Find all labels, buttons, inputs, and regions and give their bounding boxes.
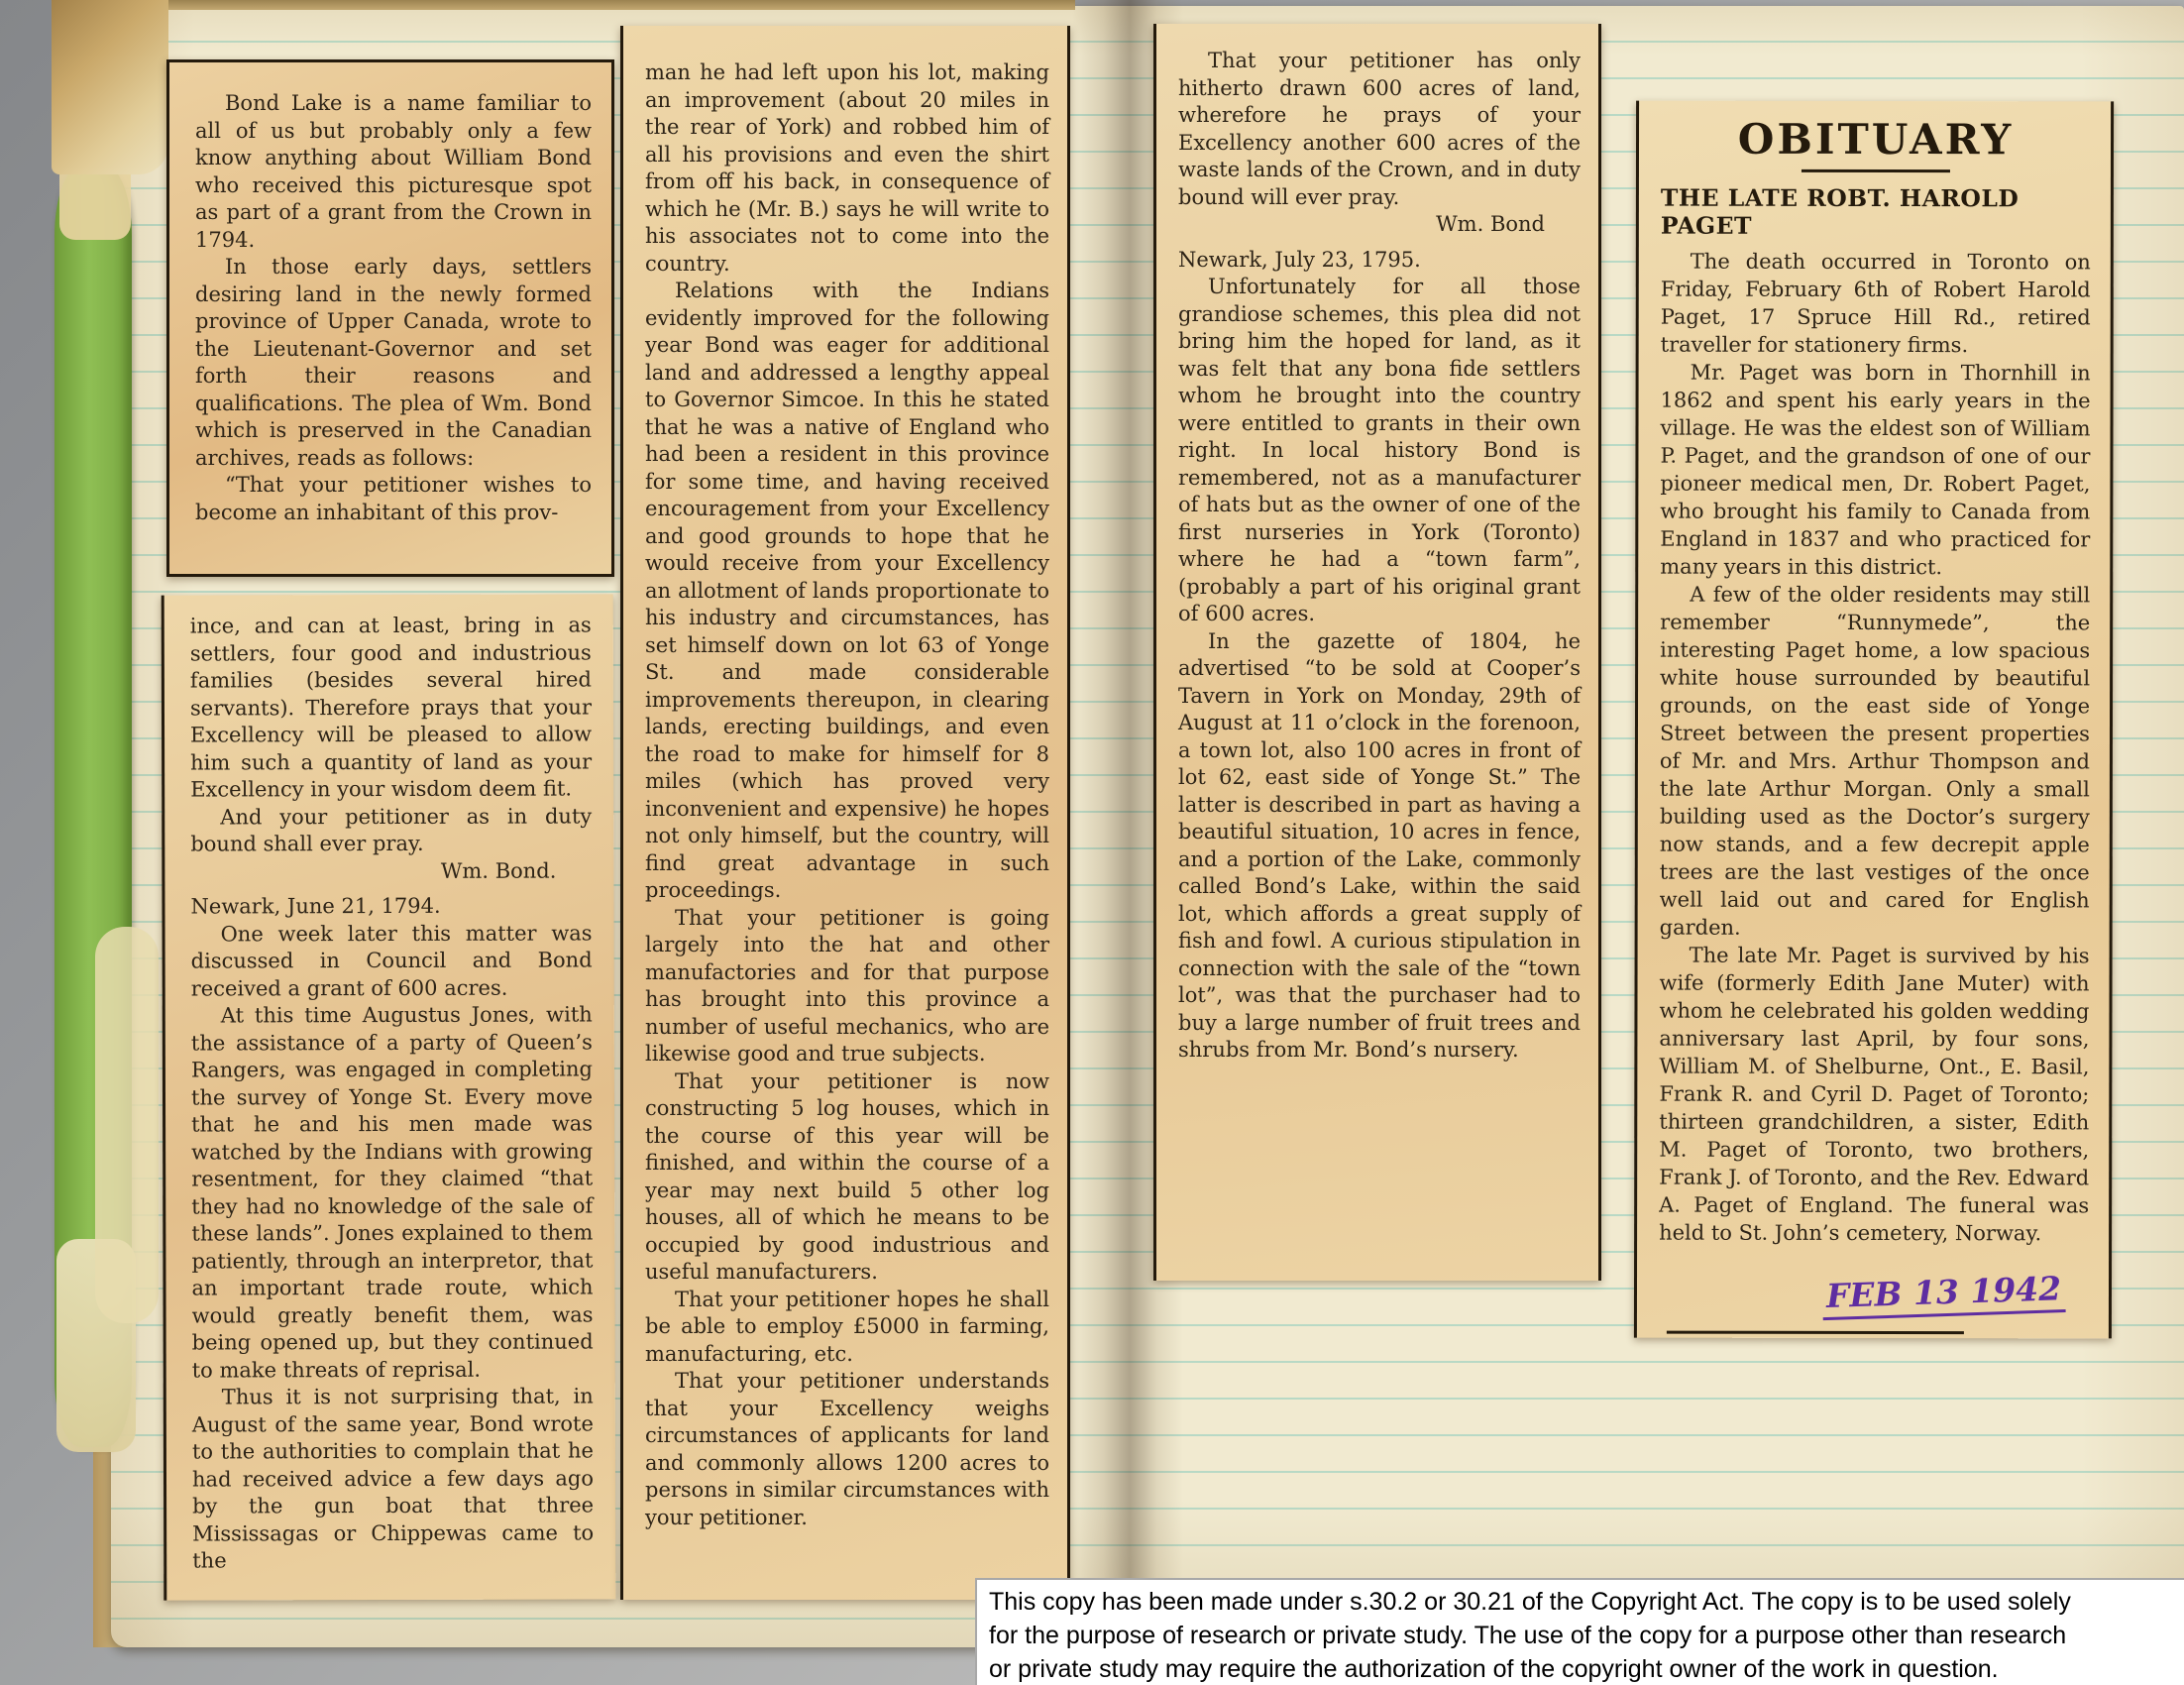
article-paragraph: At this time Augustus Jones, with the as… xyxy=(191,1001,594,1384)
obituary-paragraph: A few of the older residents may still r… xyxy=(1660,581,2091,943)
article-paragraph: Unfortunately for all those grandiose sc… xyxy=(1178,274,1581,628)
article-paragraph: Wm. Bond. xyxy=(190,857,592,886)
article-paragraph: Relations with the Indians evidently imp… xyxy=(645,278,1049,905)
article-paragraph: Wm. Bond xyxy=(1178,211,1581,239)
obituary-headline: THE LATE ROBT. HAROLD PAGET xyxy=(1661,184,2091,241)
torn-paper-patch-mid xyxy=(95,927,159,1323)
torn-page-corner xyxy=(52,0,168,174)
article-paragraph: In the gazette of 1804, he advertised “t… xyxy=(1178,628,1581,1065)
obituary-title: OBITUARY xyxy=(1661,115,2091,165)
obituary-paragraph: The late Mr. Paget is survived by his wi… xyxy=(1659,942,2090,1248)
clipping-petition-conclusion: That your petitioner has only hitherto d… xyxy=(1153,24,1601,1281)
date-stamp-handwritten: FEB 13 1942 xyxy=(1821,1269,2066,1320)
article-paragraph: And your petitioner as in duty bound sha… xyxy=(190,803,592,858)
clipping-obituary: OBITUARY THE LATE ROBT. HAROLD PAGET The… xyxy=(1634,101,2114,1339)
obituary-paragraph: Mr. Paget was born in Thornhill in 1862 … xyxy=(1660,359,2090,582)
obituary-divider xyxy=(1802,169,1950,172)
copyright-line: for the purpose of research or private s… xyxy=(989,1619,2184,1652)
article-paragraph: Newark, July 23, 1795. xyxy=(1178,247,1581,275)
copyright-line: or private study may require the authori… xyxy=(989,1652,2184,1685)
article-paragraph: One week later this matter was discussed… xyxy=(191,920,593,1003)
article-paragraph: Newark, June 21, 1794. xyxy=(190,892,592,921)
article-paragraph: “That your petitioner wishes to become a… xyxy=(195,472,592,526)
scanned-scrapbook-photo: Bond Lake is a name familiar to all of u… xyxy=(0,0,2184,1685)
article-paragraph: ince, and can at least, bring in as sett… xyxy=(190,612,593,804)
clipping-petition-column: man he had left upon his lot, making an … xyxy=(620,26,1070,1600)
article-paragraph: That your petitioner has only hitherto d… xyxy=(1178,48,1581,211)
article-paragraph: That your petitioner hopes he shall be a… xyxy=(645,1287,1049,1369)
obituary-body: The death occurred in Toronto on Friday,… xyxy=(1659,248,2091,1248)
article-paragraph: That your petitioner is now constructing… xyxy=(645,1068,1049,1287)
clipping-bond-lake-intro: Bond Lake is a name familiar to all of u… xyxy=(166,59,614,577)
article-paragraph: man he had left upon his lot, making an … xyxy=(645,59,1049,278)
obituary-paragraph: The death occurred in Toronto on Friday,… xyxy=(1661,248,2091,360)
article-paragraph: That your petitioner understands that yo… xyxy=(645,1368,1049,1531)
clipping-bond-lake-continued: ince, and can at least, bring in as sett… xyxy=(162,594,616,1600)
article-paragraph: In those early days, settlers desiring l… xyxy=(195,254,592,472)
copyright-line: This copy has been made under s.30.2 or … xyxy=(989,1585,2184,1619)
page-top-edge xyxy=(149,0,1075,10)
article-paragraph: Thus it is not surprising that, in Augus… xyxy=(192,1383,595,1575)
article-paragraph: That your petitioner is going largely in… xyxy=(645,905,1049,1068)
article-paragraph: Bond Lake is a name familiar to all of u… xyxy=(195,90,592,254)
copyright-notice: This copy has been made under s.30.2 or … xyxy=(975,1578,2184,1685)
